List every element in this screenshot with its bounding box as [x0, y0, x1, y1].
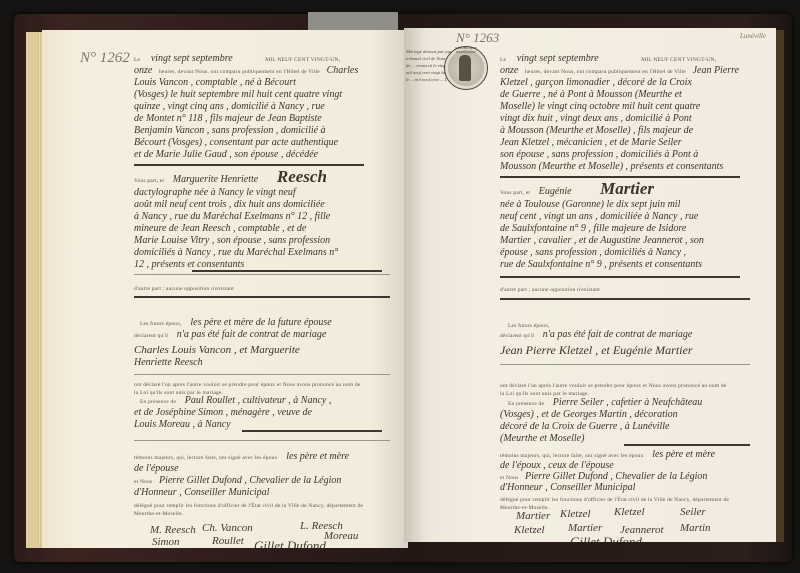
witness-line: Louis Moreau , à Nancy	[134, 418, 231, 431]
rule	[500, 364, 750, 365]
divider	[134, 164, 364, 166]
signature: Roullet	[212, 535, 244, 547]
divider	[624, 444, 750, 446]
opposition-text: d'autre part ; aucune opposition n'exist…	[134, 283, 234, 296]
divider	[500, 298, 750, 300]
groom-line: et de Marie Julie Gaud , son épouse , dé…	[134, 148, 318, 161]
signature: Kletzel	[614, 506, 645, 518]
signature: Kletzel	[560, 508, 591, 520]
signature: Gillet Dufond	[570, 534, 642, 542]
page-edges-right	[776, 30, 784, 542]
signature: M. Reesch	[150, 524, 196, 536]
signature: Kletzel	[514, 524, 545, 536]
signature: Ch. Vancon	[202, 522, 253, 534]
page-edges-left	[26, 32, 42, 548]
signature: Simon	[152, 536, 180, 548]
bride-line: rue de Saulxfontaine n° 9 , présents et …	[500, 258, 702, 271]
divider	[500, 176, 740, 178]
rule	[134, 374, 390, 375]
seal-stamp-icon: RÉPUBLIQUE FRANÇAISE	[444, 46, 488, 90]
spouses-names: Jean Pierre Kletzel , et Eugénie Martier	[500, 344, 693, 357]
officer-line: d'Honneur , Conseiller Municipal	[500, 481, 635, 494]
signature: Martin	[680, 522, 711, 534]
right-page: N° 1263 Lunéville Mariage dissous par ju…	[404, 28, 776, 542]
rule	[134, 440, 390, 441]
divider	[242, 430, 382, 432]
left-page: N° 1262 Le vingt sept septembre MIL NEUF…	[42, 30, 408, 548]
signature: Martier	[516, 510, 550, 522]
divider	[192, 270, 382, 272]
entry-number: N° 1263	[456, 30, 499, 46]
officer-line: d'Honneur , Conseiller Municipal	[134, 486, 269, 499]
signature: Moreau	[324, 530, 358, 542]
spouses-names: Henriette Reesch	[134, 356, 203, 369]
contract-line: déclarent qu'il n'a pas été fait de cont…	[134, 328, 326, 343]
signature: Martier	[568, 522, 602, 534]
witness-line: (Meurthe et Moselle)	[500, 432, 584, 445]
rule	[134, 274, 390, 275]
delegate-text: Meurthe-et-Moselle.	[134, 508, 183, 521]
groom-line: Mousson (Meurthe et Moselle) , présents …	[500, 160, 723, 173]
contract-line: déclarent qu'il n'a pas été fait de cont…	[500, 328, 692, 343]
opposition-text: d'autre part ; aucune opposition n'exist…	[500, 284, 600, 297]
corner-note: Lunéville	[740, 32, 766, 40]
signature: Gillet Dufond	[254, 538, 326, 548]
signature: Seiler	[680, 506, 706, 518]
entry-number: N° 1262	[80, 50, 130, 67]
divider	[134, 296, 390, 298]
divider	[500, 276, 740, 278]
